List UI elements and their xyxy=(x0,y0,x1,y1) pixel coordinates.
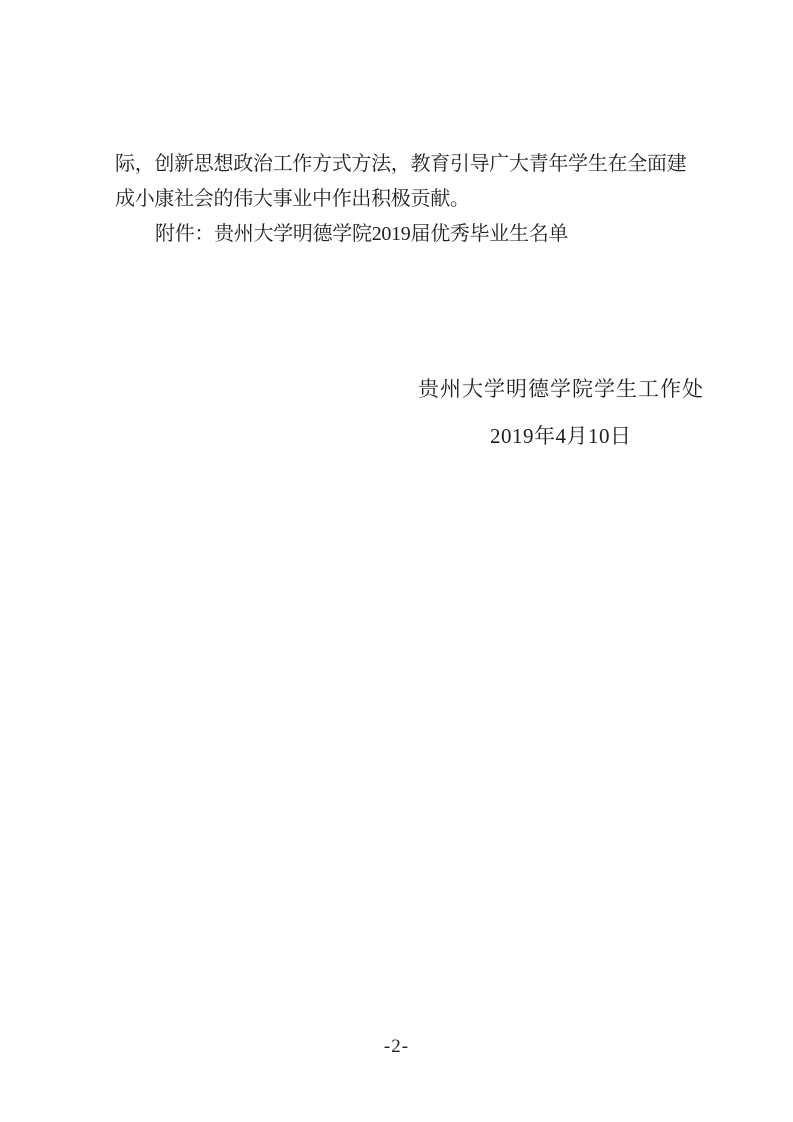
page-number: -2- xyxy=(0,1036,793,1058)
signature-organization: 贵州大学明德学院学生工作处 xyxy=(418,376,704,402)
body-line-1: 际，创新思想政治工作方式方法，教育引导广大青年学生在全面建 xyxy=(115,147,715,182)
attachment-line: 附件：贵州大学明德学院2019届优秀毕业生名单 xyxy=(115,217,715,252)
body-paragraph: 际，创新思想政治工作方式方法，教育引导广大青年学生在全面建 成小康社会的伟大事业… xyxy=(115,147,715,252)
signature-date: 2019年4月10日 xyxy=(490,423,632,449)
document-page: 际，创新思想政治工作方式方法，教育引导广大青年学生在全面建 成小康社会的伟大事业… xyxy=(0,0,793,1122)
body-line-2: 成小康社会的伟大事业中作出积极贡献。 xyxy=(115,182,715,217)
